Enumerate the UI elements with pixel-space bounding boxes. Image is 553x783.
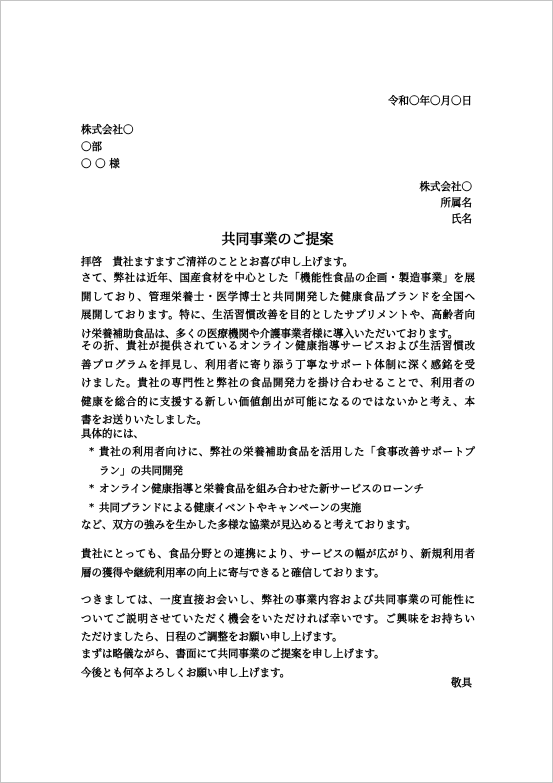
text-line: 健康を総合的に支援する新しい価値創出が可能になるのではないかと考え、本 [81,393,475,412]
text-line: 展開しております。特に、生活習慣改善を目的としたサプリメントや、高齢者向 [81,306,475,325]
text-line: オンライン健康指導と栄養食品を組み合わせた新サービスのローンチ [99,480,475,499]
bullet-icon: * [89,499,94,518]
text-line: ついてご説明させていただく機会をいただければ幸いです。ご興味をお持ちい [81,610,475,629]
text-line: その折、貴社が提供されているオンライン健康指導サービスおよび生活習慣改 [81,337,475,356]
text-line: 貴社の利用者向けに、弊社の栄養補助食品を活用した「食事改善サポートプ [99,443,475,462]
paragraph-closing: まずは略儀ながら、書面にて共同事業のご提案を申し上げます。 今後とも何卒よろしく… [81,645,475,682]
paragraph-intro: さて、弊社は近年、国産食材を中心とした「機能性食品の企画・製造事業」を展 開して… [81,269,475,343]
list-item: * オンライン健康指導と栄養食品を組み合わせた新サービスのローンチ [89,480,475,499]
specifics-intro: 具体的には、 [81,425,144,443]
text-line: 貴社にとっても、食品分野との連携により、サービスの幅が広がり、新規利用者 [81,545,475,564]
closing-keigu: 敬具 [451,674,472,692]
text-line: けました。貴社の専門性と弊社の食品開発力を掛け合わせることで、利用者の [81,374,475,393]
bullet-icon: * [89,480,94,499]
text-line: さて、弊社は近年、国産食材を中心とした「機能性食品の企画・製造事業」を展 [81,269,475,288]
recipient-name: 〇 〇 様 [81,155,120,173]
text-line: 層の獲得や継続利用率の向上に寄与できると確信しております。 [81,564,475,583]
recipient-company: 株式会社〇 [81,121,134,139]
text-line: ラン」の共同開発 [99,462,475,481]
text-line: 今後とも何卒よろしくお願い申し上げます。 [81,664,475,683]
text-line: など、双方の強みを生かした多様な協業が見込めると考えております。 [81,516,475,535]
text-line: ただけましたら、日程のご調整をお願い申し上げます。 [81,628,475,647]
list-item: * 共同ブランドによる健康イベントやキャンペーンの実施 [89,499,475,518]
bullet-icon: * [89,443,94,462]
paragraph-benefit: 貴社にとっても、食品分野との連携により、サービスの幅が広がり、新規利用者 層の獲… [81,545,475,582]
list-item: * 貴社の利用者向けに、弊社の栄養補助食品を活用した「食事改善サポートプ ラン」… [89,443,475,480]
text-line: まずは略儀ながら、書面にて共同事業のご提案を申し上げます。 [81,645,475,664]
paragraph-synergy: など、双方の強みを生かした多様な協業が見込めると考えております。 [81,516,475,535]
text-line: つきましては、一度直接お会いし、弊社の事業内容および共同事業の可能性に [81,591,475,610]
sender-name: 氏名 [451,210,472,228]
paragraph-request: つきましては、一度直接お会いし、弊社の事業内容および共同事業の可能性に ついてご… [81,591,475,647]
text-line: 共同ブランドによる健康イベントやキャンペーンの実施 [99,499,475,518]
text-line: 開しており、管理栄養士・医学博士と共同開発した健康食品ブランドを全国へ [81,288,475,307]
paragraph-motivation: その折、貴社が提供されているオンライン健康指導サービスおよび生活習慣改 善プログ… [81,337,475,430]
recipient-department: 〇部 [81,138,102,156]
text-line: 善プログラムを拝見し、利用者に寄り添う丁寧なサポート体制に深く感銘を受 [81,356,475,375]
document-page: 令和〇年〇月〇日 株式会社〇 〇部 〇 〇 様 株式会社〇 所属名 氏名 共同事… [0,0,553,783]
document-title: 共同事業のご提案 [1,231,553,249]
date: 令和〇年〇月〇日 [388,92,472,110]
bullet-list: * 貴社の利用者向けに、弊社の栄養補助食品を活用した「食事改善サポートプ ラン」… [89,443,475,517]
